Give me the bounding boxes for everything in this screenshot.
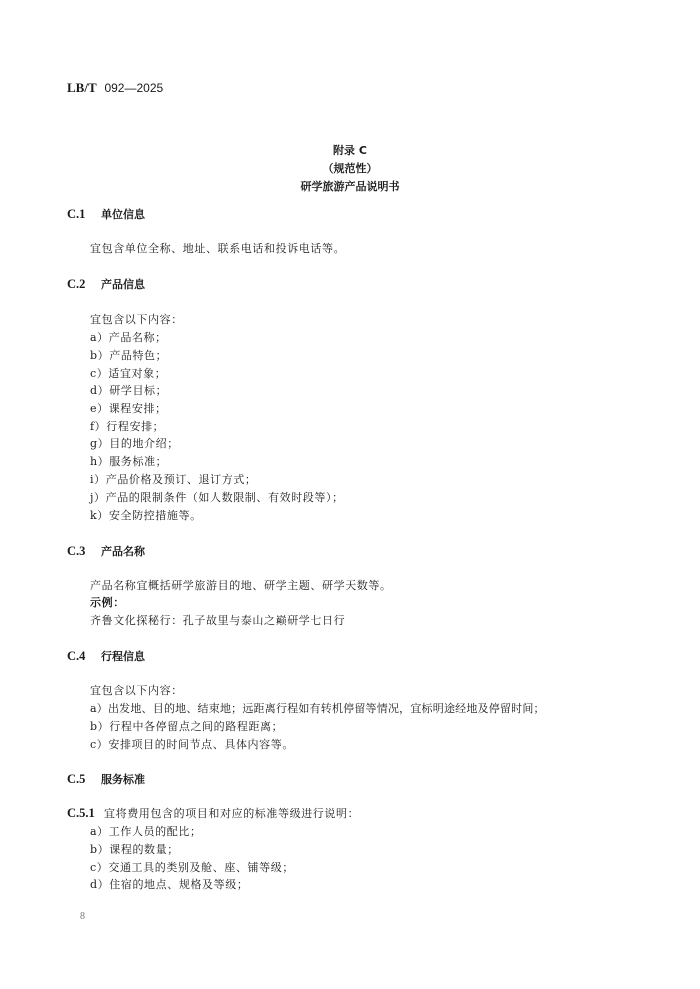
list-item: g）目的地介绍； [90,435,179,451]
section-number: C.2 [67,277,101,292]
section-title: 服务标准 [101,773,145,786]
section-heading-c1: C.1单位信息 [67,206,145,222]
example-label: 示例： [90,594,125,610]
standard-code: LB/T [67,80,97,95]
list-item: h）服务标准； [90,453,167,469]
list-item: c）交通工具的类别及舱、座、铺等级； [90,859,294,875]
section-number: C.5 [67,772,101,787]
list-item: b）行程中各停留点之间的路程距离； [90,718,283,734]
list-item: d）研学目标； [90,382,167,398]
c4-intro: 宜包含以下内容： [90,682,183,698]
list-item: i）产品价格及预订、退订方式； [90,471,257,487]
section-number: C.1 [67,207,101,222]
section-title: 行程信息 [101,650,145,663]
section-heading-c5: C.5服务标准 [67,771,145,787]
list-item: e）课程安排； [90,400,167,416]
list-item: f）行程安排； [90,418,164,434]
c1-text: 宜包含单位全称、地址、联系电话和投诉电话等。 [90,240,345,256]
list-item: d）住宿的地点、规格及等级； [90,876,248,892]
section-heading-c4: C.4行程信息 [67,648,145,664]
list-item: c）安排项目的时间节点、具体内容等。 [90,736,294,752]
list-item: b）课程的数量； [90,841,179,857]
c2-intro: 宜包含以下内容： [90,311,183,327]
subsection-c51: C.5.1宜将费用包含的项目和对应的标准等级进行说明： [67,805,359,821]
list-item: j）产品的限制条件（如人数限制、有效时段等）； [90,489,344,505]
list-item: a）出发地、目的地、结束地；远距离行程如有转机停留等情况，宜标明途经地及停留时间… [90,700,545,716]
list-item: a）产品名称； [90,329,167,345]
list-item: c）适宜对象； [90,365,166,381]
standard-number: 092—2025 [104,81,163,95]
page-number: 8 [80,911,85,922]
document-header: LB/T 092—2025 [67,80,163,96]
section-heading-c2: C.2产品信息 [67,276,145,292]
c3-text: 产品名称宜概括研学旅游目的地、研学主题、研学天数等。 [90,577,392,593]
list-item: k）安全防控措施等。 [90,507,202,523]
list-item: a）工作人员的配比； [90,823,202,839]
section-title: 单位信息 [101,208,145,221]
appendix-type: （规范性） [0,160,700,176]
subsection-number: C.5.1 [67,806,104,821]
section-title: 产品信息 [101,278,145,291]
section-heading-c3: C.3产品名称 [67,543,145,559]
list-item: b）产品特色； [90,347,167,363]
example-text: 齐鲁文化探秘行：孔子故里与泰山之巅研学七日行 [90,612,345,628]
subsection-text: 宜将费用包含的项目和对应的标准等级进行说明： [104,807,359,820]
section-number: C.4 [67,649,101,664]
appendix-subtitle: 研学旅游产品说明书 [0,178,700,194]
section-number: C.3 [67,544,101,559]
section-title: 产品名称 [101,545,145,558]
appendix-title: 附录 C [0,142,700,158]
